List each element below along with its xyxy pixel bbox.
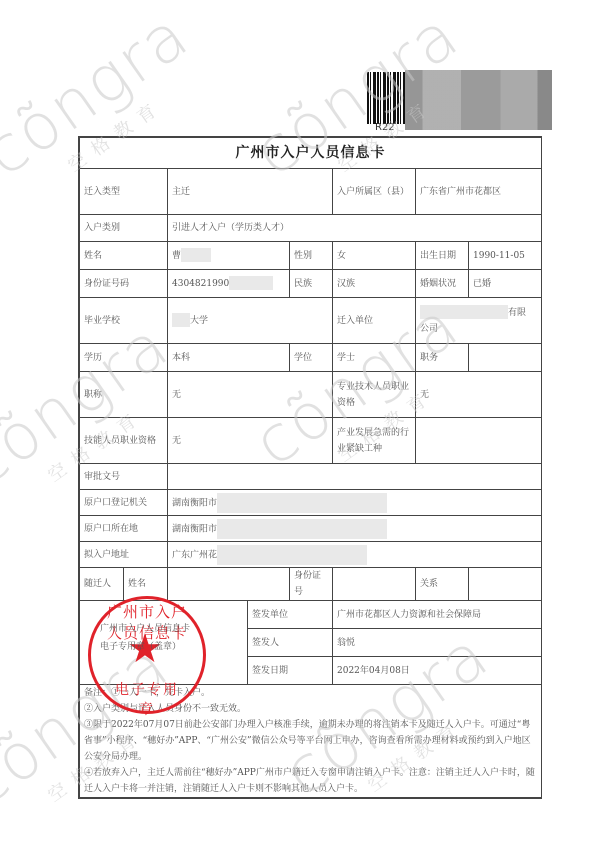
birth-value: 1990-11-05: [469, 242, 542, 270]
redaction: [217, 519, 387, 539]
new-addr-value: 广东广州花: [168, 542, 542, 568]
issuer-label: 签发单位: [248, 601, 333, 629]
issuer-value: 广州市花都区人力资源和社会保障局: [333, 601, 542, 629]
pro-qual-value: 无: [416, 372, 542, 418]
pro-qual-label: 专业技术人员职业资格: [333, 372, 416, 418]
school-label: 毕业学校: [80, 298, 168, 344]
degree-value: 学士: [333, 344, 416, 372]
redaction: [229, 276, 273, 290]
approval-value: [168, 464, 542, 490]
district-value: 广东省广州市花都区: [416, 169, 542, 215]
employer-label: 迁入单位: [333, 298, 416, 344]
signer-value: 翁悦: [333, 629, 542, 657]
position-value: [469, 344, 542, 372]
id-value: 4304821990: [168, 270, 290, 298]
industry-value: [416, 418, 542, 464]
orig-reg-label: 原户口登记机关: [80, 490, 168, 516]
degree-label: 学位: [290, 344, 333, 372]
issue-date-label: 签发日期: [248, 657, 333, 685]
education-label: 学历: [80, 344, 168, 372]
title-value: 无: [168, 372, 333, 418]
redaction: [217, 545, 367, 565]
barcode-redaction: [405, 70, 552, 130]
marital-value: 已婚: [469, 270, 542, 298]
card-title: 广州市入户人员信息卡: [80, 138, 542, 169]
title-label: 职称: [80, 372, 168, 418]
follower-name-value: [168, 568, 290, 601]
note-3: ③限于2022年07月07日前赴公安部门办理入户核准手续，逾期未办理的将注销本卡…: [84, 717, 537, 765]
ethnic-value: 汉族: [333, 270, 416, 298]
category-value: 引进人才入户（学历类人才）: [168, 215, 542, 242]
redaction: [217, 493, 387, 513]
position-label: 职务: [416, 344, 469, 372]
seal-bottom-text: 电子专用章: [109, 679, 185, 719]
skill-value: 无: [168, 418, 333, 464]
note-4: ④若放弃入户，主迁人需前往“穗好办”APP广州市户籍迁入专窗申请注销入户卡。注意…: [84, 765, 537, 797]
move-type-value: 主迁: [168, 169, 333, 215]
follower-id-value: [333, 568, 416, 601]
barcode-bars: [367, 72, 405, 124]
id-label: 身份证号码: [80, 270, 168, 298]
follower-label: 随迁人: [80, 568, 124, 601]
education-value: 本科: [168, 344, 290, 372]
barcode: R22: [367, 70, 552, 132]
signer-label: 签发人: [248, 629, 333, 657]
issue-date-value: 2022年04月08日: [333, 657, 542, 685]
ethnic-label: 民族: [290, 270, 333, 298]
redaction: [172, 313, 190, 327]
category-label: 入户类别: [80, 215, 168, 242]
orig-loc-value: 湖南衡阳市: [168, 516, 542, 542]
school-value: 大学: [168, 298, 333, 344]
skill-label: 技能人员职业资格: [80, 418, 168, 464]
move-type-label: 迁入类型: [80, 169, 168, 215]
district-label: 入户所属区（县）: [333, 169, 416, 215]
marital-label: 婚姻状况: [416, 270, 469, 298]
approval-label: 审批文号: [80, 464, 168, 490]
redaction: [181, 248, 211, 262]
new-addr-label: 拟入户地址: [80, 542, 168, 568]
barcode-code: R22: [375, 122, 395, 133]
name-value: 曹: [168, 242, 290, 270]
name-label: 姓名: [80, 242, 168, 270]
follower-rel-label: 关系: [416, 568, 469, 601]
employer-value: 有限公司: [416, 298, 542, 344]
follower-id-label: 身份证号: [290, 568, 333, 601]
birth-label: 出生日期: [416, 242, 469, 270]
orig-reg-value: 湖南衡阳市: [168, 490, 542, 516]
gender-value: 女: [333, 242, 416, 270]
seal-caption: 广州市入户人员信息卡电子专用章（盖章）: [100, 620, 196, 656]
orig-loc-label: 原户口所在地: [80, 516, 168, 542]
redaction: [420, 305, 508, 319]
industry-label: 产业发展急需的行业紧缺工种: [333, 418, 416, 464]
gender-label: 性别: [290, 242, 333, 270]
follower-rel-value: [469, 568, 542, 601]
